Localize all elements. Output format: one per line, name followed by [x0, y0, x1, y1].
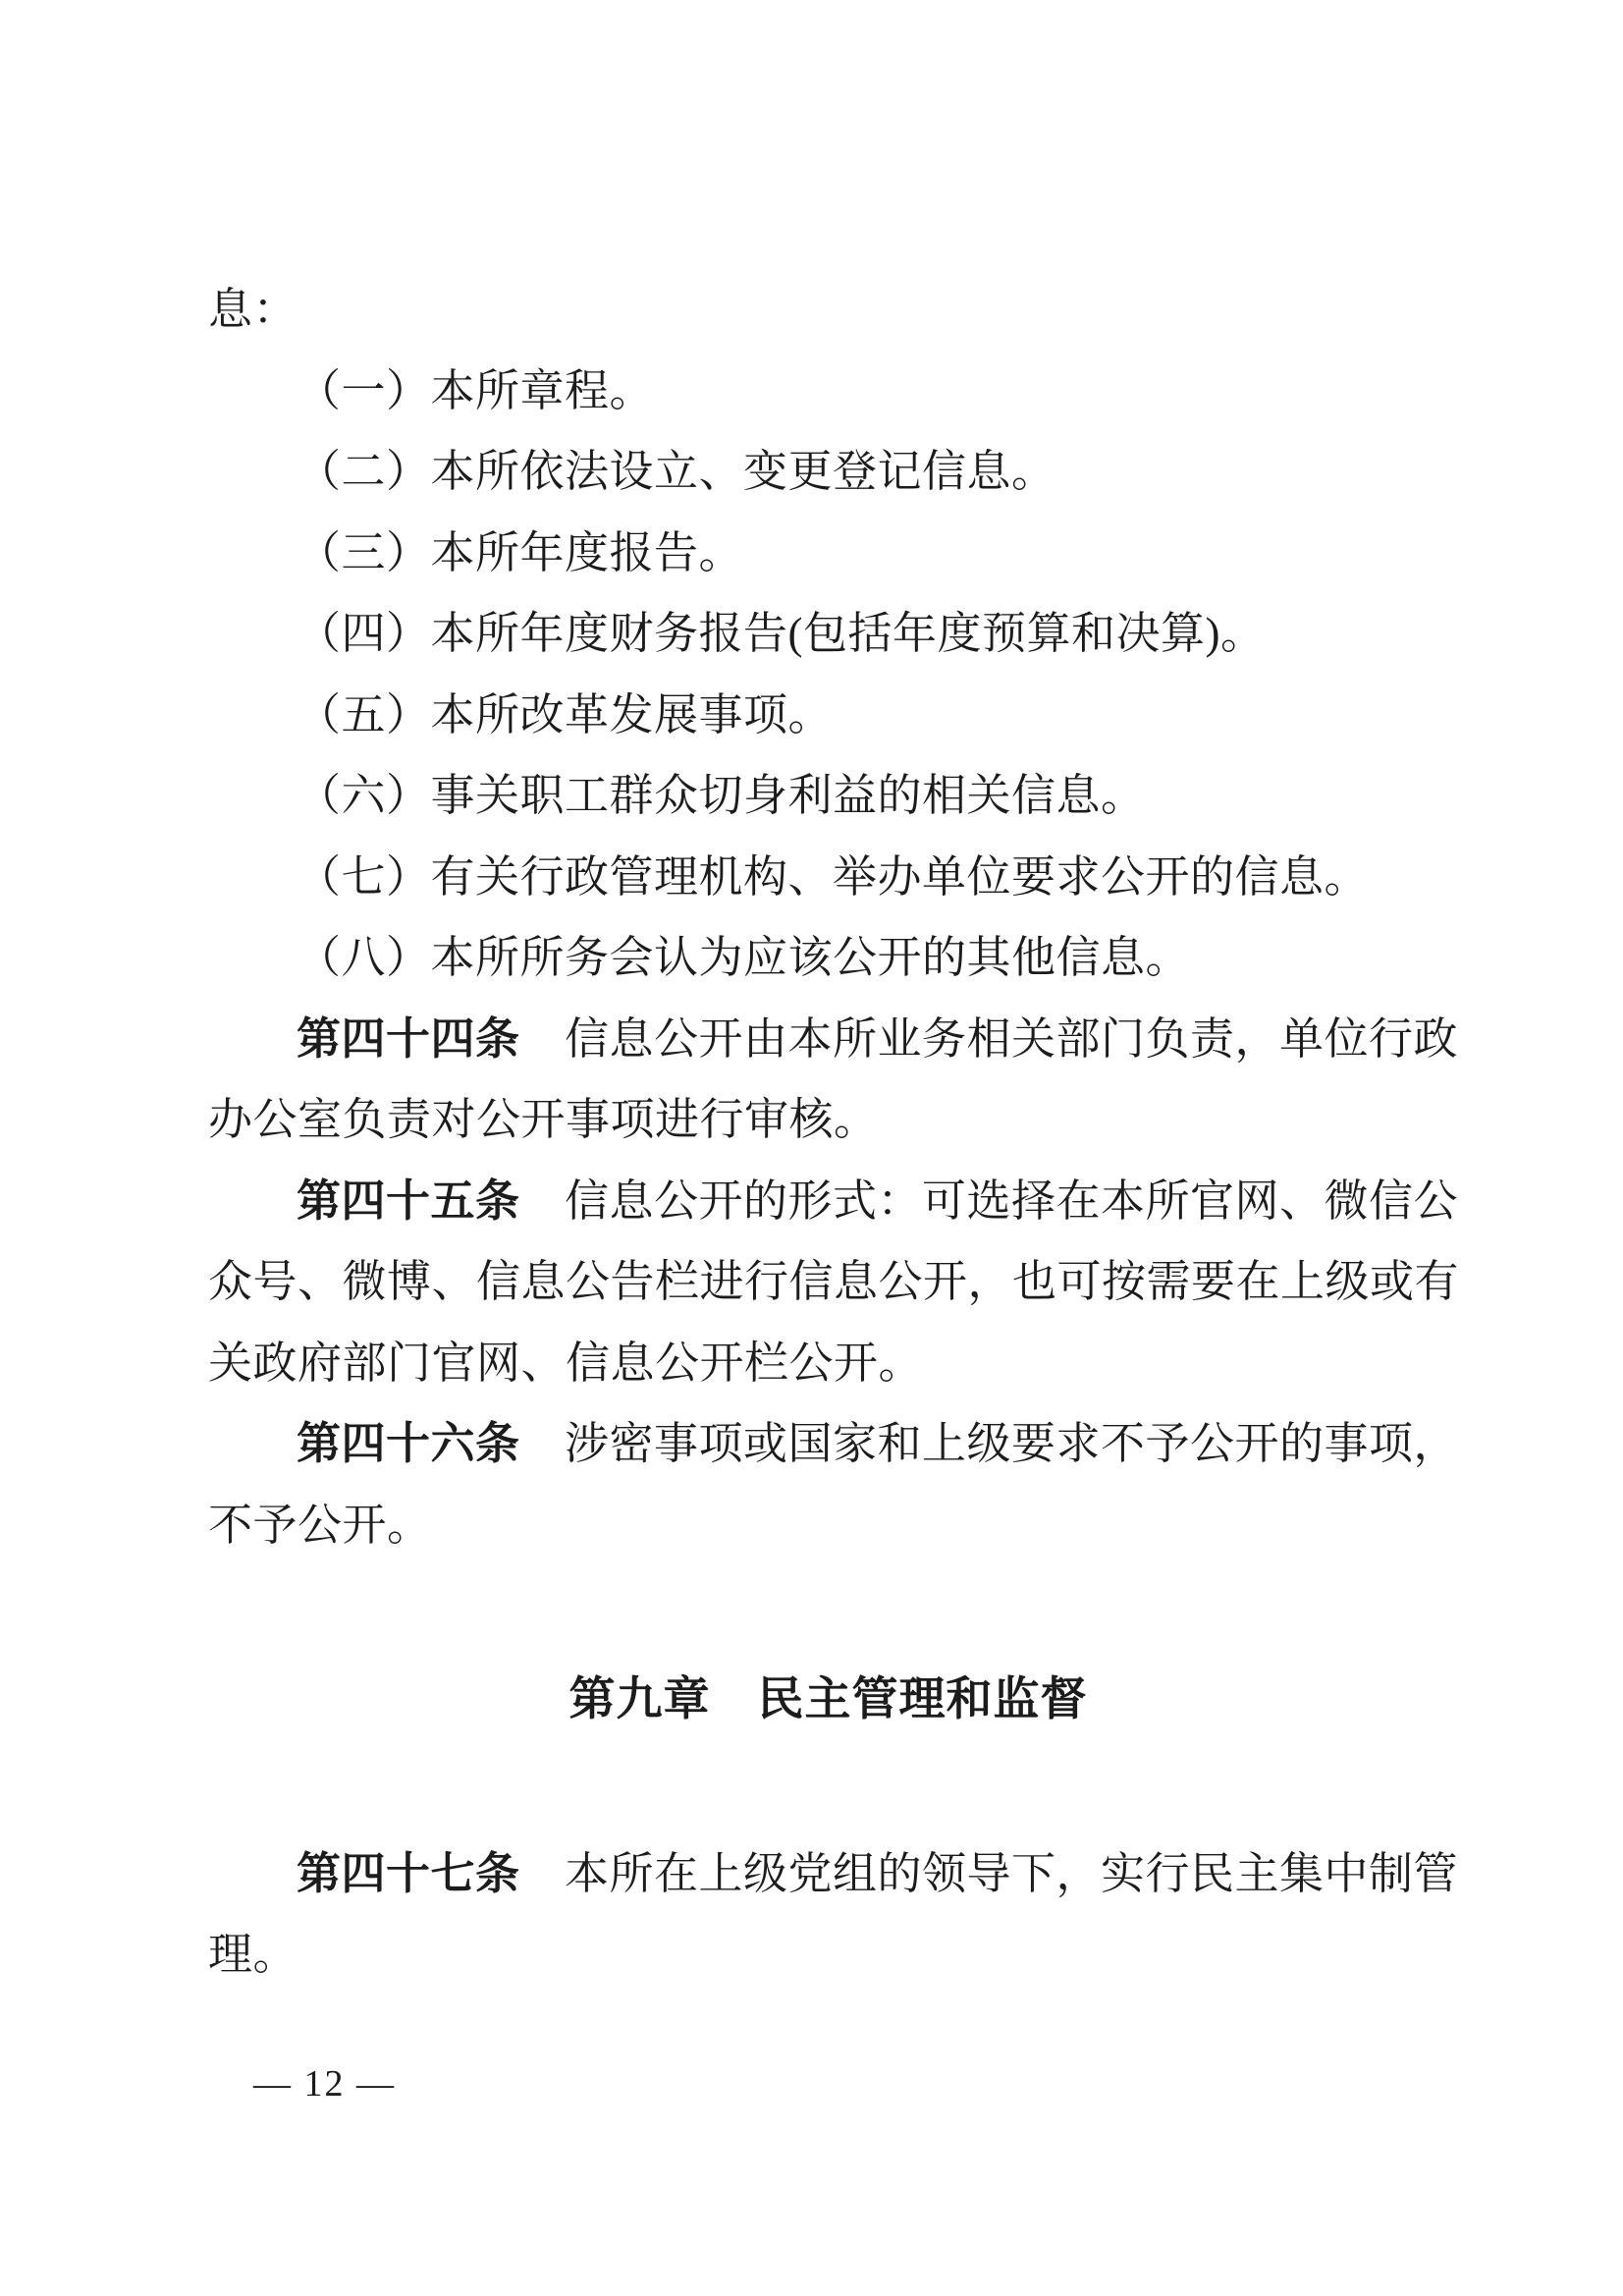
- article-text: 信息公开由本所业务相关部门负责，单位行政: [520, 1014, 1459, 1064]
- article-number: 第四十四条: [297, 1013, 520, 1064]
- body-line: （七）有关行政管理机构、举办单位要求公开的信息。: [208, 837, 1448, 918]
- article-text: 涉密事项或国家和上级要求不予公开的事项，: [520, 1419, 1459, 1468]
- body-line: 息：: [208, 269, 1448, 351]
- body-line: （一）本所章程。: [208, 351, 1448, 432]
- body-line: （二）本所依法设立、变更登记信息。: [208, 431, 1448, 513]
- body-line: （五）本所改革发展事项。: [208, 675, 1448, 756]
- page-number: — 12 —: [253, 2062, 396, 2105]
- article-number: 第四十五条: [297, 1175, 520, 1226]
- document-page: 息： （一）本所章程。 （二）本所依法设立、变更登记信息。 （三）本所年度报告。…: [0, 0, 1623, 2296]
- body-line: 关政府部门官网、信息公开栏公开。: [208, 1323, 1448, 1404]
- body-line: （六）事关职工群众切身利益的相关信息。: [208, 755, 1448, 837]
- body-line: （四）本所年度财务报告(包括年度预算和决算)。: [208, 593, 1448, 675]
- body-line: （三）本所年度报告。: [208, 513, 1448, 594]
- article-text: 信息公开的形式：可选择在本所官网、微信公: [520, 1176, 1459, 1226]
- body-line: 第四十四条 信息公开由本所业务相关部门负责，单位行政: [208, 999, 1448, 1080]
- chapter-heading: 第九章 民主管理和监督: [208, 1659, 1448, 1740]
- article-number: 第四十七条: [297, 1848, 520, 1898]
- document-body: 息： （一）本所章程。 （二）本所依法设立、变更登记信息。 （三）本所年度报告。…: [208, 269, 1448, 1995]
- body-line: 理。: [208, 1914, 1448, 1995]
- body-line: 第四十六条 涉密事项或国家和上级要求不予公开的事项，: [208, 1403, 1448, 1485]
- body-line: （八）本所所务会认为应该公开的其他信息。: [208, 917, 1448, 999]
- article-number: 第四十六条: [297, 1418, 520, 1468]
- body-line: 不予公开。: [208, 1485, 1448, 1566]
- body-line: 第四十七条 本所在上级党组的领导下，实行民主集中制管: [208, 1833, 1448, 1915]
- body-line: 第四十五条 信息公开的形式：可选择在本所官网、微信公: [208, 1161, 1448, 1242]
- article-text: 本所在上级党组的领导下，实行民主集中制管: [520, 1849, 1459, 1898]
- body-line: 办公室负责对公开事项进行审核。: [208, 1079, 1448, 1161]
- blank-line: [208, 1740, 1448, 1833]
- body-line: 众号、微博、信息公告栏进行信息公开，也可按需要在上级或有: [208, 1241, 1448, 1323]
- blank-line: [208, 1565, 1448, 1659]
